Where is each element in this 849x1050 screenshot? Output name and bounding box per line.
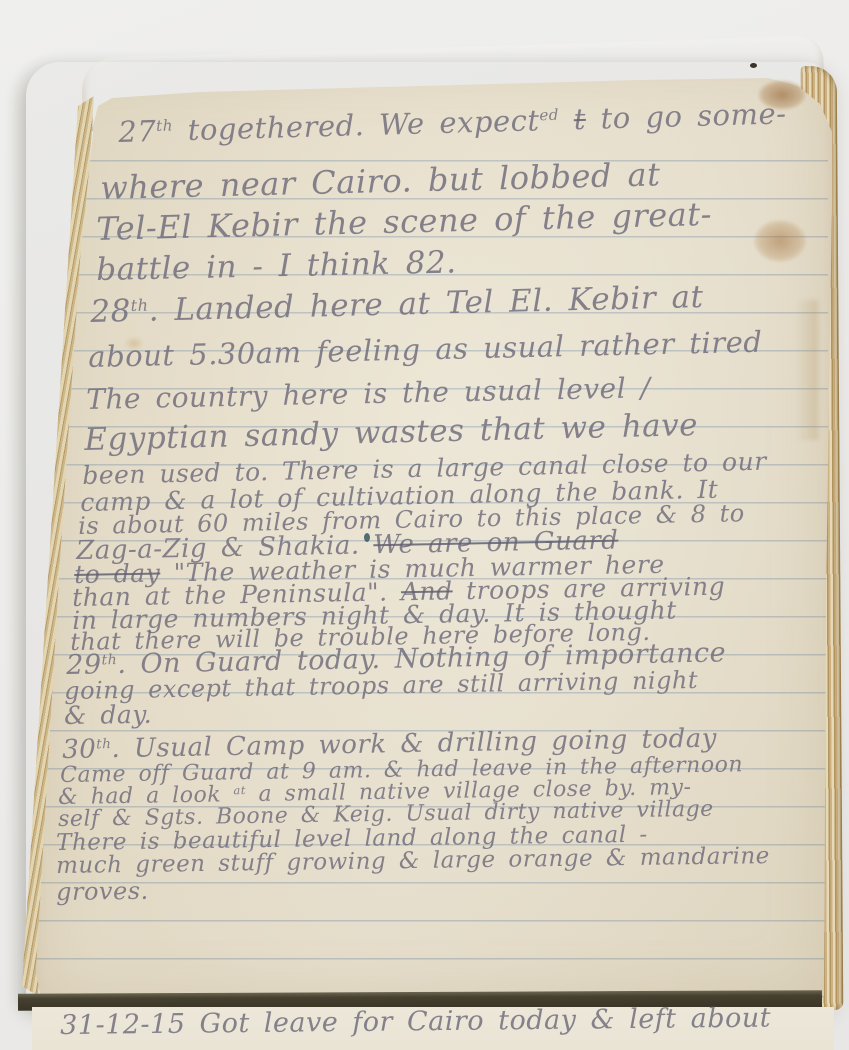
hand-text: th [96,736,111,752]
handwriting-line: The country here is the usual level / [86,374,651,414]
hand-text: 27 [118,114,157,149]
hand-text: th [156,117,173,135]
hand-text: about 5.30am feeling as usual rather tir… [88,325,763,374]
hand-text: to go some- [585,96,786,136]
hand-text [559,102,575,136]
handwriting-line: groves. [56,879,149,904]
handwriting-layer: 27th togethered. We expected t to go som… [0,0,849,1050]
handwriting-line: 28th. Landed here at Tel El. Kebir at [90,282,704,328]
handwriting-line: Tel-El Kebir the scene of the great- [96,198,712,245]
hand-text: th [130,295,148,314]
hand-text: at [233,783,246,797]
handwriting-line: 31-12-15 Got leave for Cairo today & lef… [60,1005,771,1039]
handwriting-line: where near Cairo. but lobbed at [100,158,661,204]
hand-text: ed [539,106,559,125]
handwriting-line: about 5.30am feeling as usual rather tir… [88,328,763,372]
hand-text: battle in - I think 82. [96,244,457,288]
handwriting-line: battle in - I think 82. [96,247,457,286]
hand-text: 30 [62,734,97,765]
hand-text: . Landed here at Tel El. Kebir at [148,279,704,329]
handwriting-line: & day. [64,702,152,728]
photo-background: 27th togethered. We expected t to go som… [0,0,849,1050]
hand-text: 28 [90,293,131,330]
hand-text: 31-12-15 Got leave for Cairo today & lef… [60,1003,771,1041]
hand-text: th [101,652,117,668]
hand-text: groves. [56,877,149,906]
handwriting-line: 27th togethered. We expected t to go som… [118,99,787,147]
hand-text: togethered. We expect [173,103,540,147]
struck-text: t [573,102,586,136]
hand-text: & day. [64,700,152,730]
